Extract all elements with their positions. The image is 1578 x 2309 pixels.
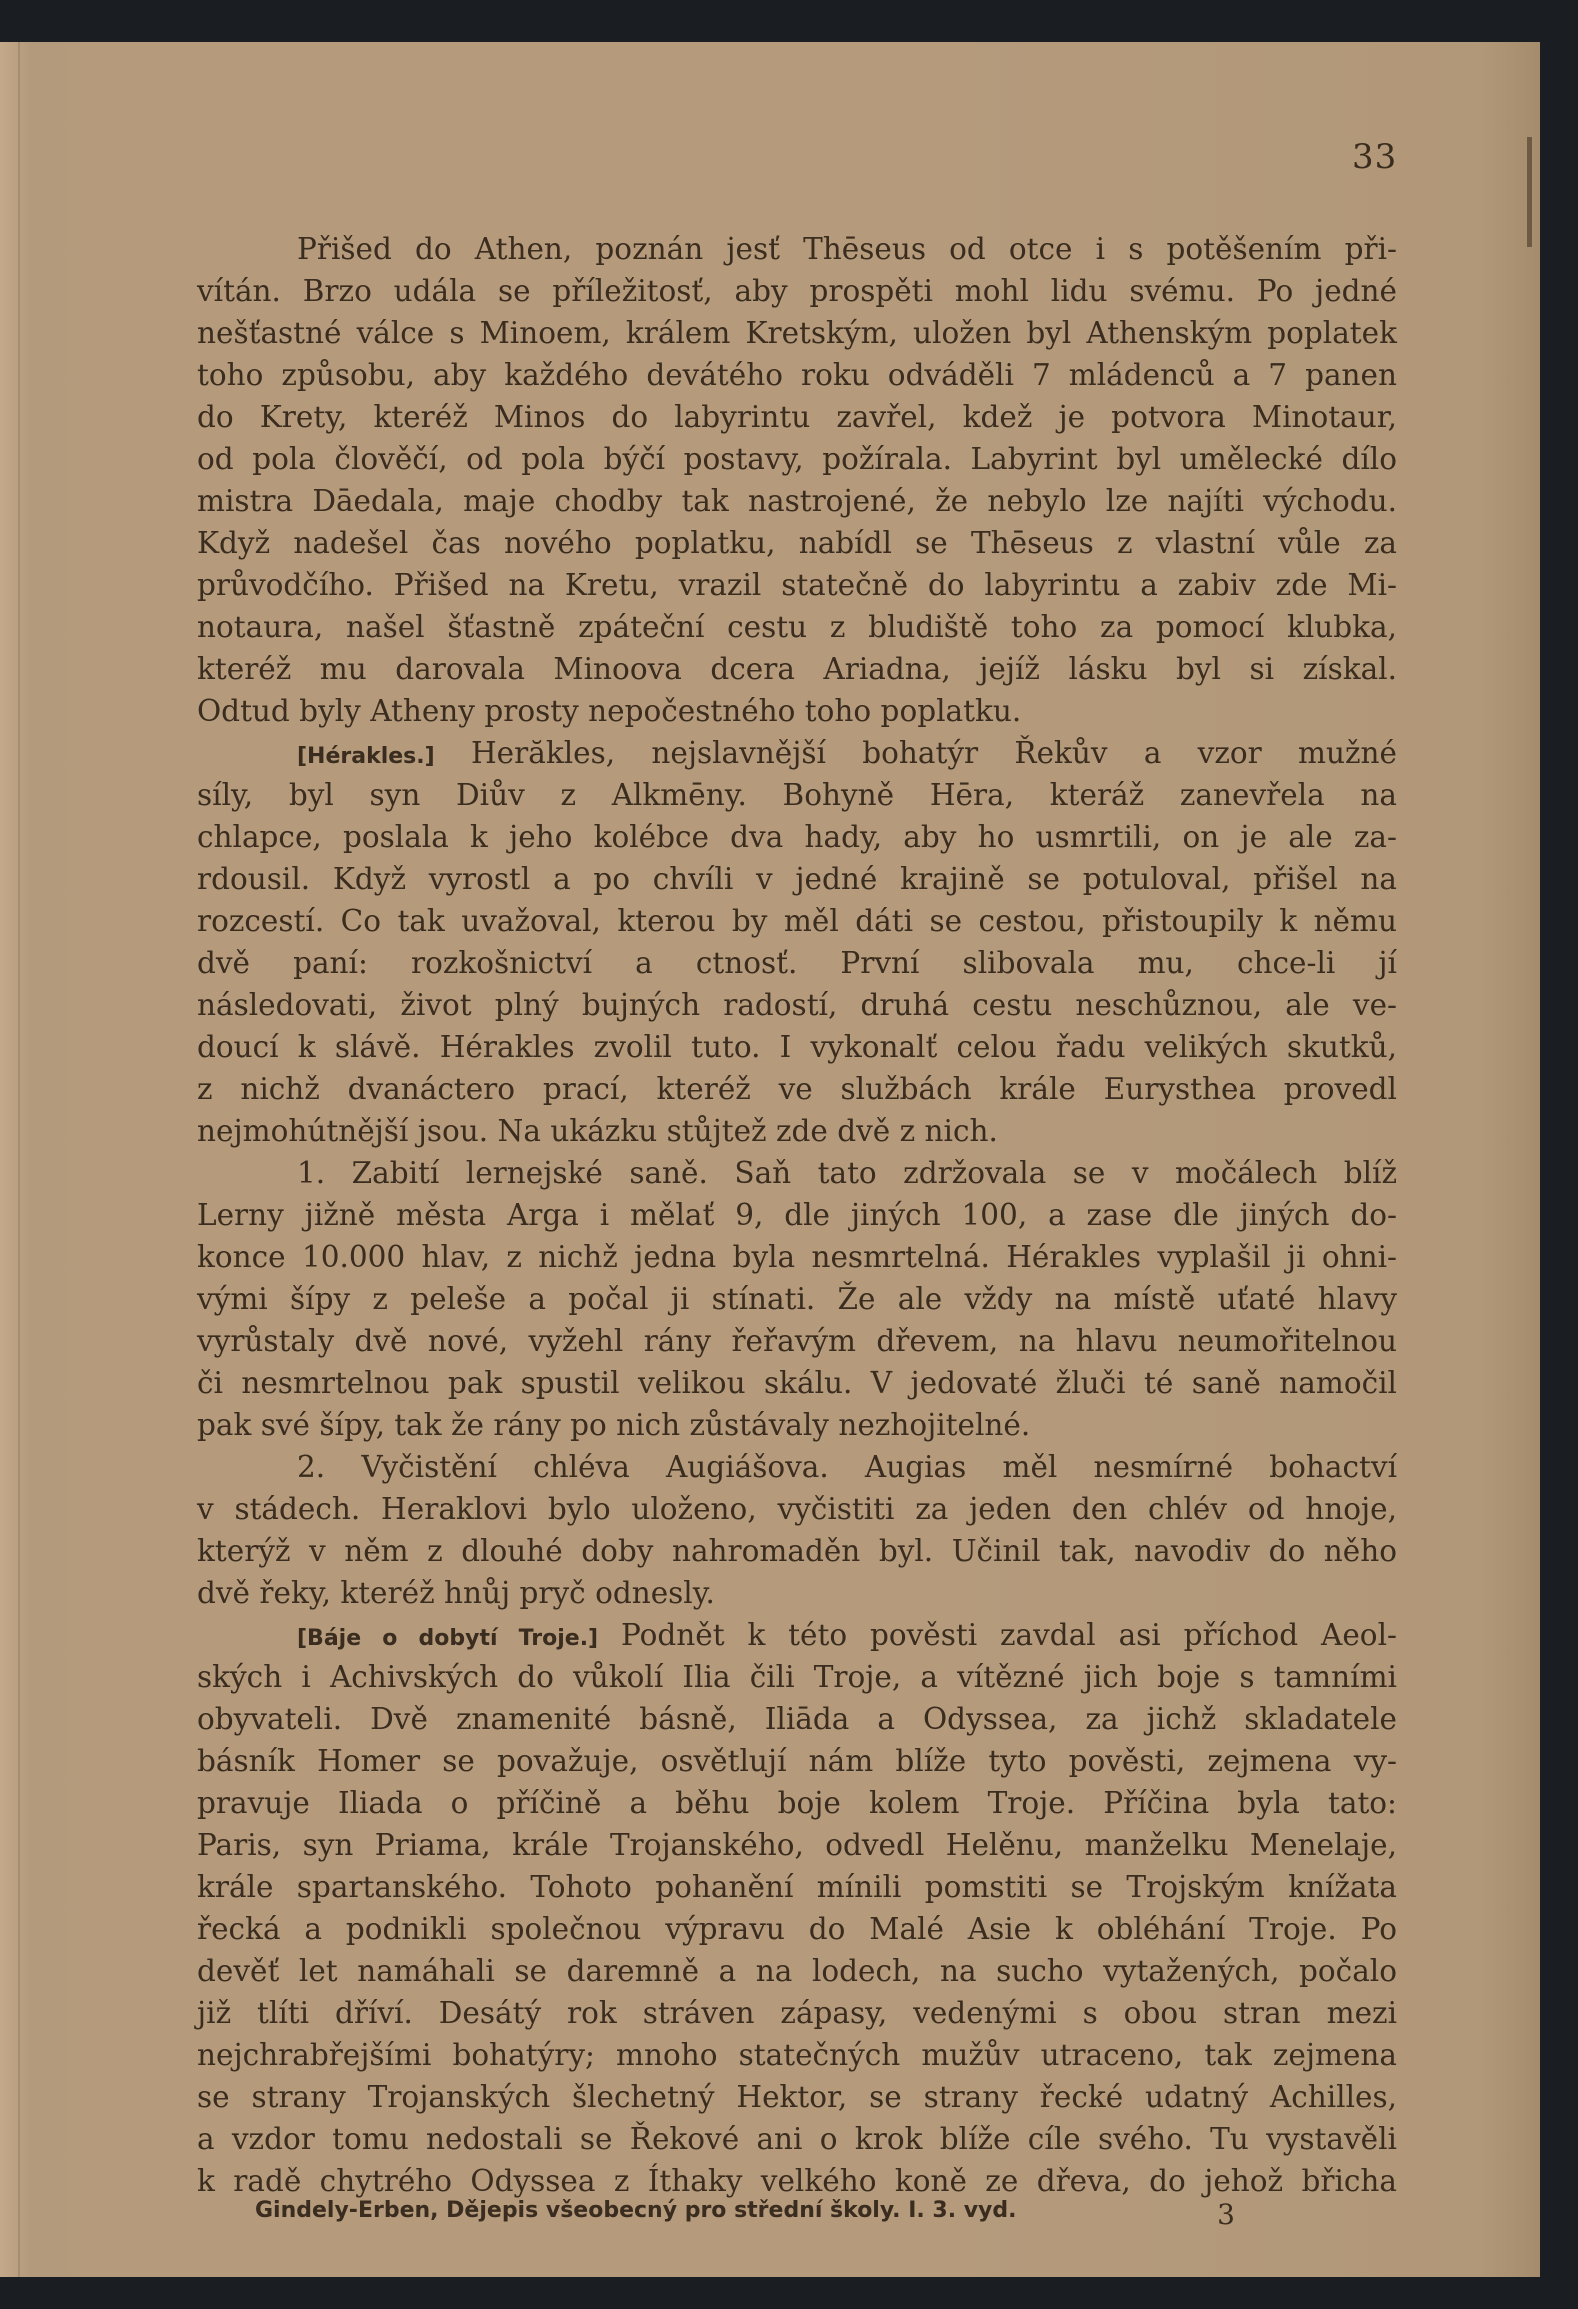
text-line: Podnět k této pověsti zavdal asi příchod… bbox=[621, 1618, 1397, 1652]
labor-1-heading-line: 1. Zabití lernejské saně. Saň tato zdržo… bbox=[197, 1152, 1397, 1194]
text-line: devěť let namáhali se daremně a na lodec… bbox=[197, 1950, 1397, 1992]
text-line: nejchrabřejšími bohatýry; mnoho statečný… bbox=[197, 2034, 1397, 2076]
text-line: dvě paní: rozkošnictví a ctnosť. První s… bbox=[197, 942, 1397, 984]
text-line: kterýž v něm z dlouhé doby nahromaděn by… bbox=[197, 1530, 1397, 1572]
text-line: a vzdor tomu nedostali se Řekové ani o k… bbox=[197, 2118, 1397, 2160]
text-line: následovati, život plný bujných radostí,… bbox=[197, 984, 1397, 1026]
text-line: doucí k slávě. Hérakles zvolil tuto. I v… bbox=[197, 1026, 1397, 1068]
margin-tag-troja: [Báje o dobytí Troje.] bbox=[297, 1626, 598, 1651]
section-herakles-first-line: [Hérakles.] Herăkles, nejslavnější bohat… bbox=[197, 732, 1397, 774]
text-line: průvodčího. Přišed na Kretu, vrazil stat… bbox=[197, 564, 1397, 606]
text-line: se strany Trojanských šlechetný Hektor, … bbox=[197, 2076, 1397, 2118]
page-edge-mark bbox=[1527, 137, 1532, 247]
page-footer: Gindely-Erben, Dějepis všeobecný pro stř… bbox=[255, 2198, 1235, 2231]
text-line: do Krety, kteréž Minos do labyrintu zavř… bbox=[197, 396, 1397, 438]
text-line: obyvateli. Dvě znamenité básně, Iliāda a… bbox=[197, 1698, 1397, 1740]
text-line: či nesmrtelnou pak spustil velikou skálu… bbox=[197, 1362, 1397, 1404]
signature-mark: 3 bbox=[1217, 2198, 1235, 2231]
text-line: síly, byl syn Diův z Alkmēny. Bohyně Hēr… bbox=[197, 774, 1397, 816]
text-line: vými šípy z peleše a počal ji stínati. Ž… bbox=[197, 1278, 1397, 1320]
text-line: Lerny jižně města Arga i mělať 9, dle ji… bbox=[197, 1194, 1397, 1236]
text-line: pravuje Iliada o příčině a běhu boje kol… bbox=[197, 1782, 1397, 1824]
text-line: od pola člověčí, od pola býčí postavy, p… bbox=[197, 438, 1397, 480]
text-line: mistra Dāedala, maje chodby tak nastroje… bbox=[197, 480, 1397, 522]
text-line: k radě chytrého Odyssea z Íthaky velkého… bbox=[197, 2160, 1397, 2202]
text-line: Odtud byly Atheny prosty nepočestného to… bbox=[197, 690, 1397, 732]
text-line: rdousil. Když vyrostl a po chvíli v jedn… bbox=[197, 858, 1397, 900]
text-line: krále spartanského. Tohoto pohanění míni… bbox=[197, 1866, 1397, 1908]
text-line: dvě řeky, kteréž hnůj pryč odnesly. bbox=[197, 1572, 1397, 1614]
text-line: nejmohútnější jsou. Na ukázku stůjtež zd… bbox=[197, 1110, 1397, 1152]
page-number: 33 bbox=[1352, 137, 1397, 177]
text-line: konce 10.000 hlav, z nichž jedna byla ne… bbox=[197, 1236, 1397, 1278]
text-line: ských i Achivských do vůkolí Ilia čili T… bbox=[197, 1656, 1397, 1698]
footer-citation: Gindely-Erben, Dějepis všeobecný pro stř… bbox=[255, 2198, 1017, 2231]
text-line: nešťastné válce s Minoem, králem Kretský… bbox=[197, 312, 1397, 354]
text-line: Paris, syn Priama, krále Trojanského, od… bbox=[197, 1824, 1397, 1866]
book-page: 33 Přišed do Athen, poznán jesť Thēseus … bbox=[0, 42, 1540, 2277]
text-line: v stádech. Heraklovi bylo uloženo, vyčis… bbox=[197, 1488, 1397, 1530]
text-line: rozcestí. Co tak uvažoval, kterou by měl… bbox=[197, 900, 1397, 942]
text-line: vyrůstaly dvě nové, vyžehl rány řeřavým … bbox=[197, 1320, 1397, 1362]
text-line: vítán. Brzo udála se příležitosť, aby pr… bbox=[197, 270, 1397, 312]
body-text: Přišed do Athen, poznán jesť Thēseus od … bbox=[197, 228, 1397, 2202]
text-line: notaura, našel šťastně zpáteční cestu z … bbox=[197, 606, 1397, 648]
text-line: již tlíti dříví. Desátý rok stráven zápa… bbox=[197, 1992, 1397, 2034]
margin-tag-herakles: [Hérakles.] bbox=[297, 744, 435, 769]
labor-2-heading-line: 2. Vyčistění chléva Augiášova. Augias mě… bbox=[197, 1446, 1397, 1488]
text-line: řecká a podnikli společnou výpravu do Ma… bbox=[197, 1908, 1397, 1950]
text-line: Herăkles, nejslavnější bohatýr Řekův a v… bbox=[471, 736, 1397, 770]
text-line: pak své šípy, tak že rány po nich zůstáv… bbox=[197, 1404, 1397, 1446]
section-troja-first-line: [Báje o dobytí Troje.] Podnět k této pov… bbox=[197, 1614, 1397, 1656]
text-line: Když nadešel čas nového poplatku, nabídl… bbox=[197, 522, 1397, 564]
text-line: toho způsobu, aby každého devátého roku … bbox=[197, 354, 1397, 396]
text-line: kteréž mu darovala Minoova dcera Ariadna… bbox=[197, 648, 1397, 690]
text-line: chlapce, poslala k jeho kolébce dva hady… bbox=[197, 816, 1397, 858]
text-line: básník Homer se považuje, osvětlují nám … bbox=[197, 1740, 1397, 1782]
text-line: z nichž dvanáctero prací, kteréž ve služ… bbox=[197, 1068, 1397, 1110]
text-line: Přišed do Athen, poznán jesť Thēseus od … bbox=[197, 228, 1397, 270]
